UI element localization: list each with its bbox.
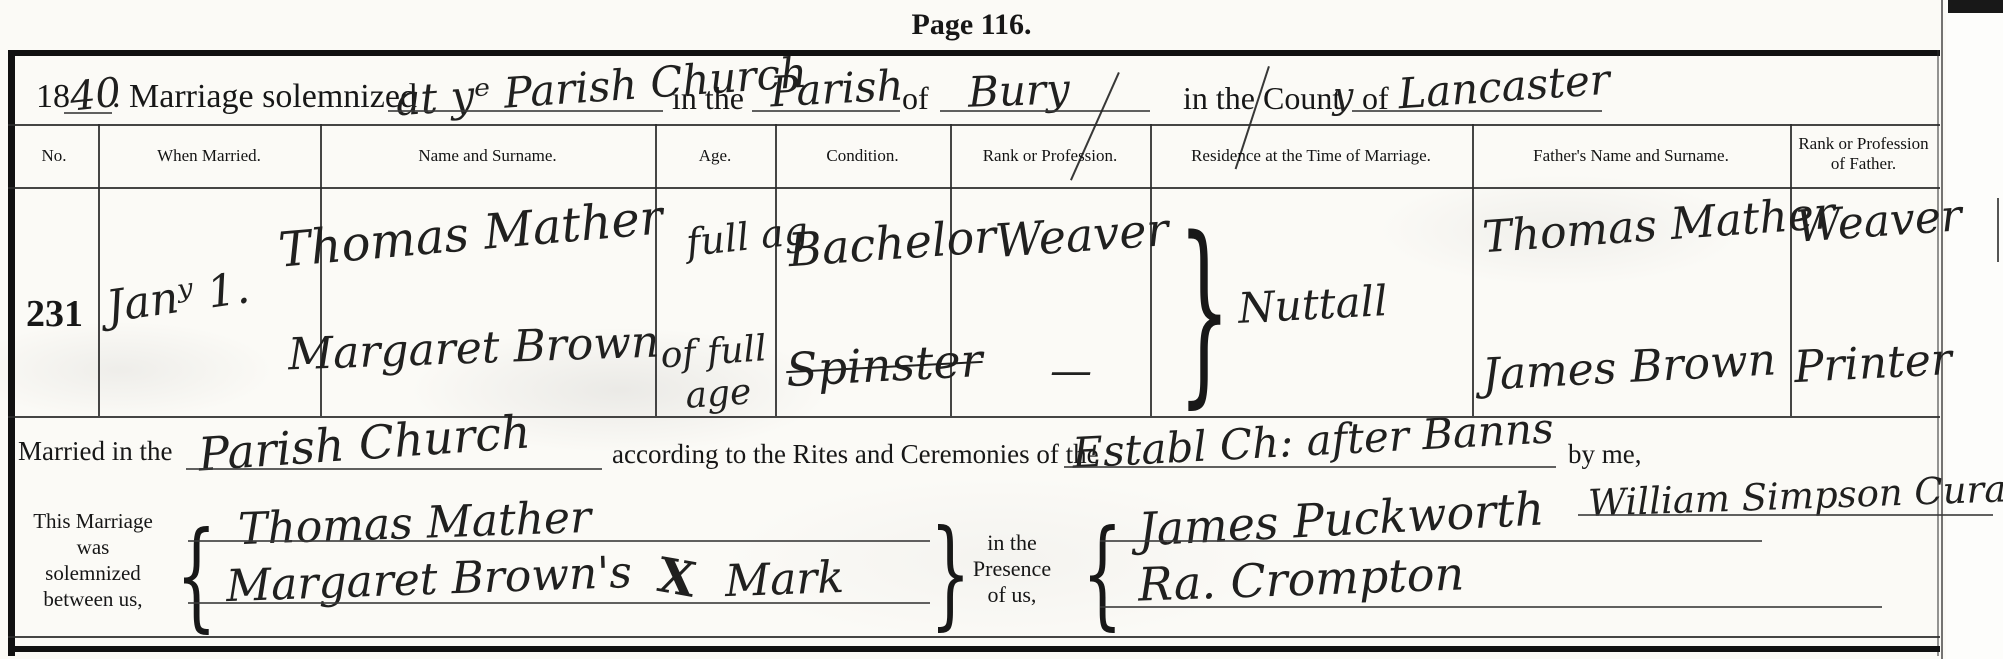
col-header-age: Age. (655, 146, 775, 166)
scan-margin (1946, 0, 2003, 659)
of-us-label: of us, (952, 582, 1072, 608)
grid-line (1150, 124, 1152, 416)
bottom-rule-thin (8, 636, 1940, 638)
county-underline (1352, 110, 1602, 112)
groom-father-name-handwritten: Thomas Mather (1481, 188, 1837, 264)
of-printed-1: of (902, 80, 929, 117)
bride-rank-handwritten: — (1050, 346, 1092, 395)
in-the-label: in the (952, 530, 1072, 556)
col-header-rank-profession: Rank or Profession. (950, 146, 1150, 166)
bride-condition-handwritten: Spinster (785, 333, 984, 397)
groom-signature-underline (188, 540, 930, 542)
rites-underline (1064, 466, 1556, 468)
parish-underline (752, 110, 900, 112)
parish-name-underline (940, 110, 1150, 112)
witness1-underline (1100, 540, 1762, 542)
residence-brace: } (1178, 196, 1231, 426)
col-header-residence: Residence at the Time of Marriage. (1150, 146, 1472, 166)
between-us-label: between us, (2, 586, 184, 612)
parish-handwritten: Parish (769, 61, 905, 117)
bride-signature-underline (188, 602, 930, 604)
presence-label: Presence (952, 556, 1072, 582)
by-me-printed: by me, (1568, 439, 1642, 470)
groom-rank-handwritten: Weaver (993, 202, 1170, 268)
couple-brace-open: { (176, 508, 217, 645)
place-underline (388, 110, 663, 112)
entry-number: 231 (26, 292, 83, 336)
when-married-handwritten: Janʸ 1. (103, 262, 253, 333)
header-bottom-line (8, 187, 1940, 189)
col-header-condition: Condition. (775, 146, 950, 166)
year-printed: 18 (36, 78, 70, 116)
groom-name-handwritten: Thomas Mather (276, 189, 665, 278)
bride-signature-line: Margaret Brown's X Mark (226, 550, 844, 606)
bride-mark: X (653, 547, 699, 609)
in-the-printed-1: in the (672, 80, 744, 117)
bride-name-handwritten: Margaret Brown (287, 319, 713, 378)
scan-edge-line (1941, 0, 1943, 659)
witness2-underline (1100, 606, 1882, 608)
bride-father-name-handwritten: James Brown (1481, 334, 1777, 400)
witness-brace-open: { (1082, 506, 1123, 643)
box-top-border (8, 50, 1940, 56)
table-top-line (8, 124, 1940, 126)
married-in-the-printed: Married in the (18, 436, 172, 467)
place-handwritten: at yᵉ Parish Church (394, 48, 809, 126)
parish-name-handwritten: Bury (967, 64, 1070, 117)
col-header-no: No. (10, 146, 98, 166)
officiant-underline (1578, 514, 1993, 516)
groom-signature: Thomas Mather (237, 492, 592, 555)
this-marriage-label: This Marriage (2, 508, 184, 534)
county-y-handwritten: y (1333, 76, 1353, 117)
scan-corner-mark (1948, 0, 2003, 13)
residence-handwritten: Nuttall (1237, 276, 1389, 333)
county-handwritten: Lancaster (1397, 55, 1612, 119)
col-header-father-rank: Rank or Profession of Father. (1792, 134, 1935, 174)
col-header-name-surname: Name and Surname. (320, 146, 655, 166)
year-underline (64, 112, 112, 114)
table-bottom-line (8, 416, 1940, 418)
grid-line (1472, 124, 1474, 416)
col-header-when-married: When Married. (98, 146, 320, 166)
scan-edge-mark (1997, 198, 1999, 262)
was-label: was (2, 534, 184, 560)
bottom-rule-thick (8, 646, 1940, 652)
bride-father-rank-handwritten: Printer (1793, 334, 1953, 393)
col-header-father-name: Father's Name and Surname. (1472, 146, 1790, 166)
marriage-register-scan: Page 116. 18 40 . Marriage solemnized at… (0, 0, 2003, 659)
page-title: Page 116. (0, 8, 1943, 42)
witness2-signature: Ra. Crompton (1137, 546, 1465, 611)
witness1-signature: James Puckworth (1137, 481, 1546, 556)
solemnized-label: solemnized (2, 560, 184, 586)
solemnized-printed: . Marriage solemnized (112, 78, 417, 116)
according-printed: according to the Rites and Ceremonies of… (612, 439, 1099, 470)
bride-mark-word: Mark (724, 552, 845, 607)
grid-line (98, 124, 100, 416)
church-underline (186, 468, 602, 470)
grid-line (655, 124, 657, 416)
